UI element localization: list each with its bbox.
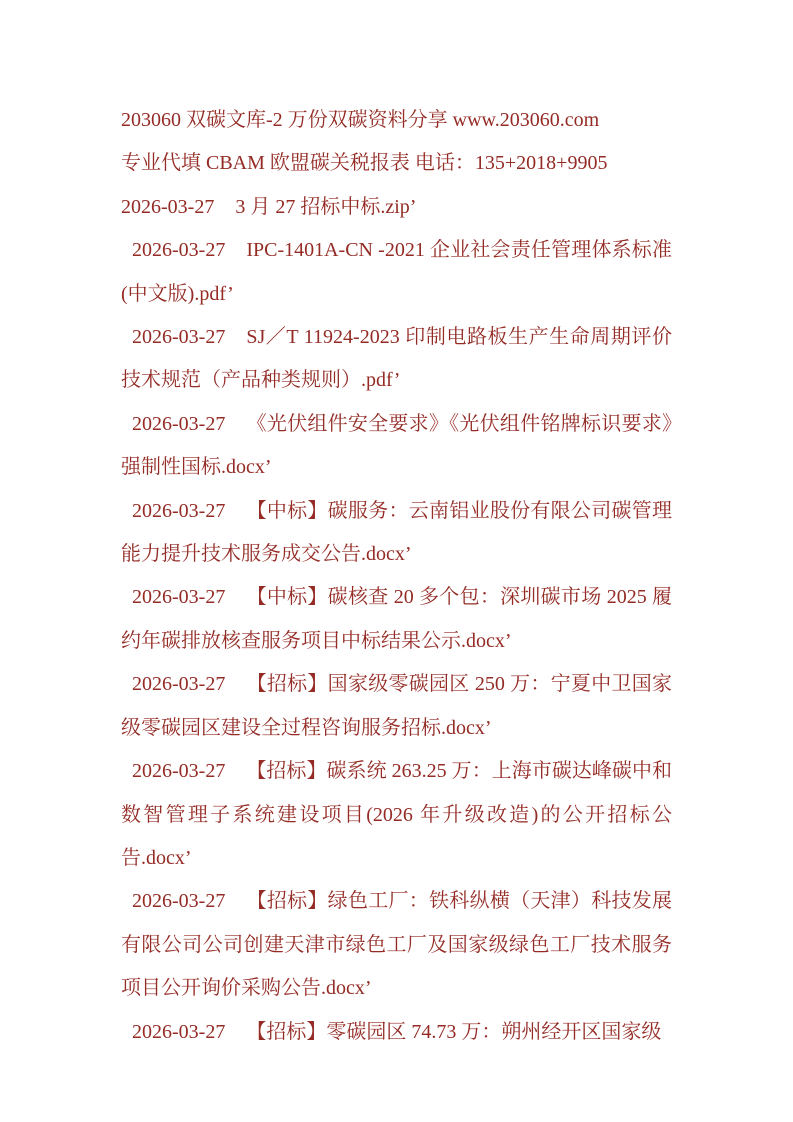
file-entry: 2026-03-27【中标】碳核查 20 多个包：深圳碳市场 2025 履约年碳…	[121, 576, 672, 663]
file-entry: 2026-03-27【招标】国家级零碳园区 250 万：宁夏中卫国家级零碳园区建…	[121, 663, 672, 750]
file-entry: 2026-03-27【招标】碳系统 263.25 万：上海市碳达峰碳中和数智管理…	[121, 750, 672, 880]
entry-date: 2026-03-27	[132, 239, 225, 261]
file-entry: 2026-03-27【招标】零碳园区 74.73 万：朔州经开区国家级	[121, 1011, 672, 1054]
service-contact-line: 专业代填 CBAM 欧盟碳关税报表 电话：135+2018+9905	[121, 142, 672, 185]
entry-date: 2026-03-27	[132, 760, 225, 782]
entry-date: 2026-03-27	[132, 586, 225, 608]
file-entry: 2026-03-27IPC-1401A-CN -2021 企业社会责任管理体系标…	[121, 229, 672, 316]
file-entry: 2026-03-27《光伏组件安全要求》《光伏组件铭牌标识要求》强制性国标.do…	[121, 403, 672, 490]
file-entry: 2026-03-27【招标】绿色工厂：铁科纵横（天津）科技发展有限公司公司创建天…	[121, 880, 672, 1010]
file-entry: 2026-03-27SJ／T 11924-2023 印制电路板生产生命周期评价技…	[121, 316, 672, 403]
document-page: 203060 双碳文库-2 万份双碳资料分享 www.203060.com 专业…	[0, 0, 793, 1122]
site-banner-line: 203060 双碳文库-2 万份双碳资料分享 www.203060.com	[121, 99, 672, 142]
entry-filename: 3 月 27 招标中标.zip’	[235, 196, 416, 218]
entry-date: 2026-03-27	[132, 413, 225, 435]
file-entry: 2026-03-27【中标】碳服务：云南铝业股份有限公司碳管理能力提升技术服务成…	[121, 490, 672, 577]
entry-date: 2026-03-27	[121, 196, 214, 218]
entry-filename: 【招标】零碳园区 74.73 万：朔州经开区国家级	[246, 1021, 661, 1043]
entry-date: 2026-03-27	[132, 890, 225, 912]
entry-date: 2026-03-27	[132, 673, 225, 695]
entry-date: 2026-03-27	[132, 500, 225, 522]
entry-date: 2026-03-27	[132, 326, 225, 348]
entry-date: 2026-03-27	[132, 1021, 225, 1043]
file-entry: 2026-03-273 月 27 招标中标.zip’	[121, 186, 672, 229]
